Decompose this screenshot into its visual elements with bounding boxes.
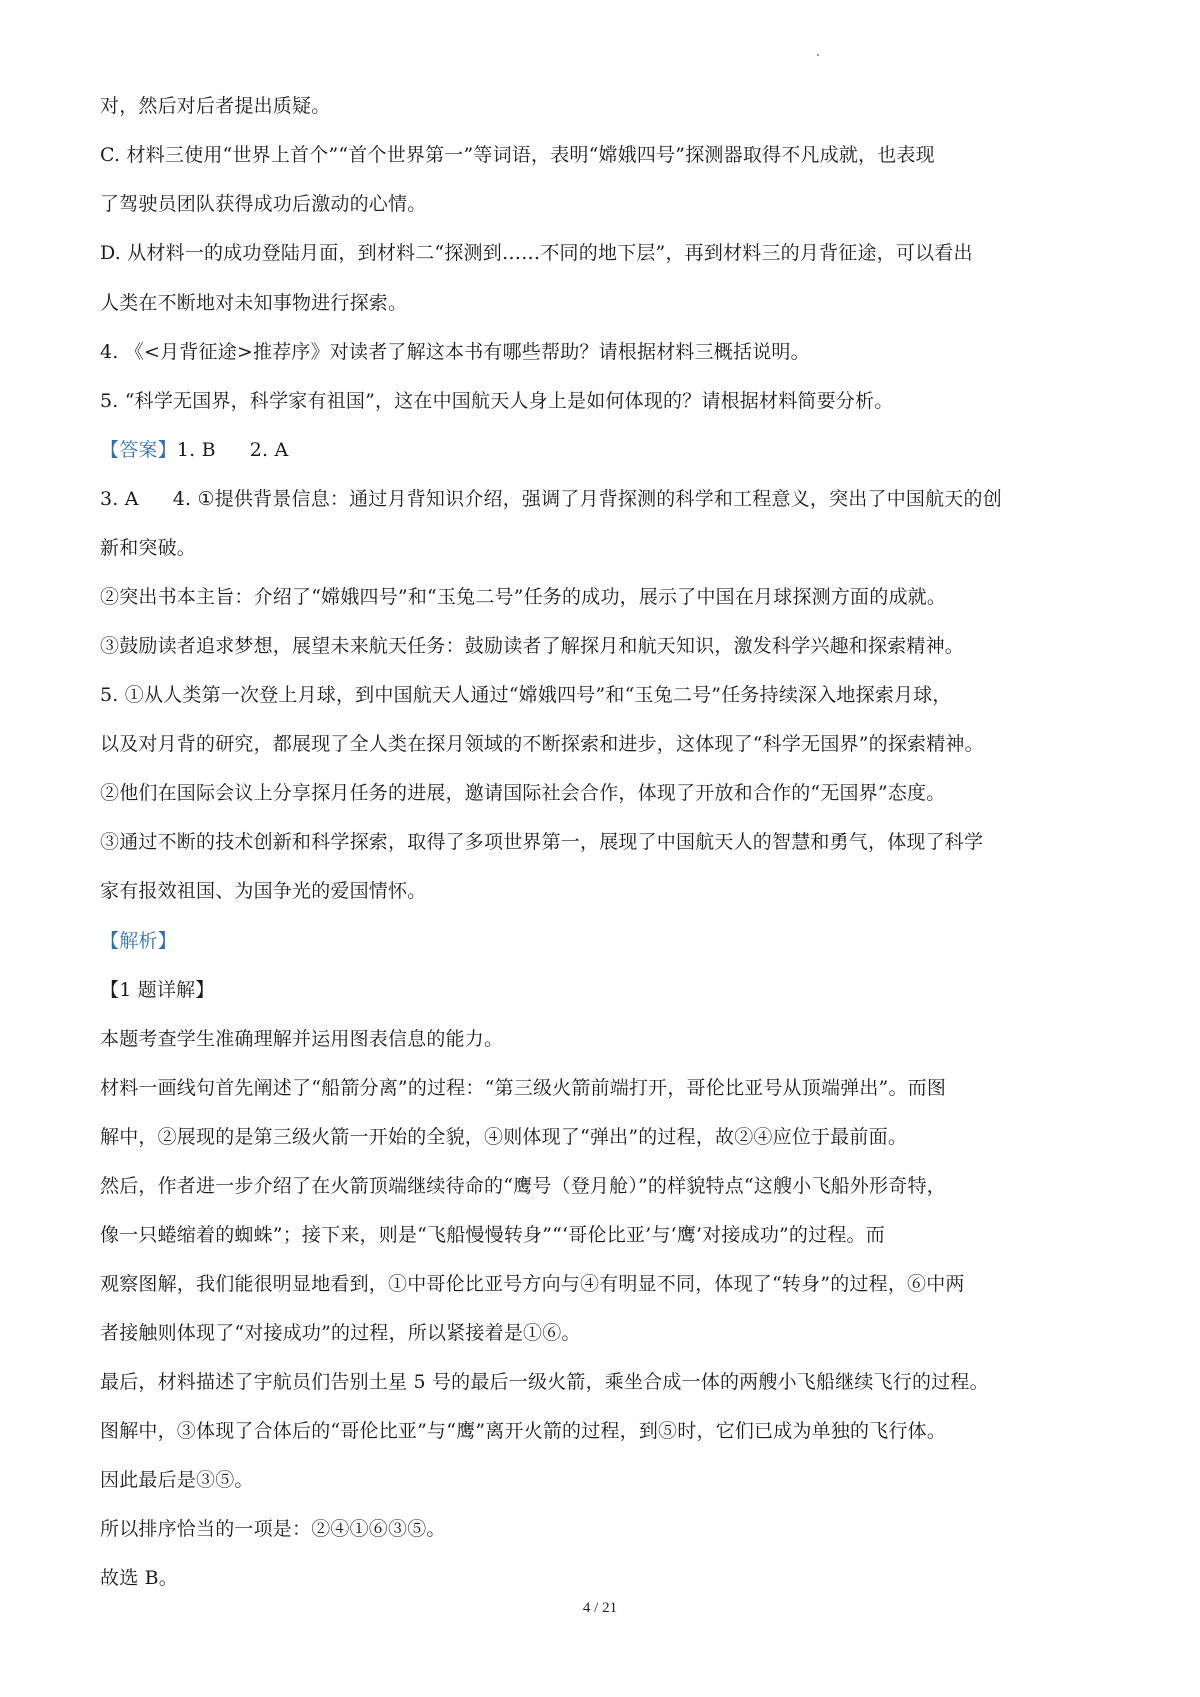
answer-q5-point-1: 5. ①从人类第一次登上月球，到中国航天人通过“嫦娥四号”和“玉兔二号”任务持续… [100, 683, 952, 707]
analysis-line: 材料一画线句首先阐述了“船箭分离”的过程：“第三级火箭前端打开，哥伦比亚号从顶端… [100, 1076, 946, 1100]
analysis-line: 像一只蜷缩着的蜘蛛”；接下来，则是“飞船慢慢转身”“‘哥伦比亚’与‘鹰’对接成功… [100, 1223, 885, 1247]
document-page: 对，然后对后者提出质疑。 C. 材料三使用“世界上首个”“首个世界第一”等词语，… [0, 0, 1200, 1697]
answer-q2: 2. A [250, 439, 289, 461]
analysis-conclusion: 故选 B。 [100, 1566, 178, 1590]
analysis-line: 解中，②展现的是第三级火箭一开始的全貌，④则体现了“弹出”的过程，故②④应位于最… [100, 1125, 907, 1149]
analysis-line: 图解中，③体现了合体后的“哥伦比亚”与“鹰”离开火箭的过程，到⑤时，它们已成为单… [100, 1419, 946, 1443]
analysis-line: 本题考查学生准确理解并运用图表信息的能力。 [100, 1027, 503, 1051]
analysis-tag: 【解析】 [100, 929, 177, 953]
answer-q4-point-2: ②突出书本主旨：介绍了“嫦娥四号”和“玉兔二号”任务的成功，展示了中国在月球探测… [100, 585, 946, 609]
analysis-line: 观察图解，我们能很明显地看到，①中哥伦比亚号方向与④有明显不同，体现了“转身”的… [100, 1272, 965, 1296]
question-5: 5. “科学无国界，科学家有祖国”，这在中国航天人身上是如何体现的？请根据材料简… [100, 389, 893, 413]
answer-q1: 1. B [177, 439, 216, 461]
analysis-line: 最后，材料描述了宇航员们告别土星 5 号的最后一级火箭，乘坐合成一体的两艘小飞船… [100, 1370, 989, 1394]
scan-artifact-dot [817, 54, 819, 56]
answer-q5-point-3-cont: 家有报效祖国、为国争光的爱国情怀。 [100, 879, 426, 903]
option-c-line-1: C. 材料三使用“世界上首个”“首个世界第一”等词语，表明“嫦娥四号”探测器取得… [100, 143, 935, 167]
answer-q5-point-1-cont: 以及对月背的研究，都展现了全人类在探月领域的不断探索和进步，这体现了“科学无国界… [100, 732, 984, 756]
option-c-line-2: 了驾驶员团队获得成功后激动的心情。 [100, 192, 426, 216]
analysis-line: 所以排序恰当的一项是：②④①⑥③⑤。 [100, 1517, 446, 1541]
option-b-continuation: 对，然后对后者提出质疑。 [100, 94, 330, 118]
answer-q4-point-1: 4. ①提供背景信息：通过月背知识介绍，强调了月背探测的科学和工程意义，突出了中… [173, 488, 1002, 510]
analysis-line: 者接触则体现了“对接成功”的过程，所以紧接着是①⑥。 [100, 1321, 581, 1345]
answer-q5-point-2: ②他们在国际会议上分享探月任务的进展，邀请国际社会合作，体现了开放和合作的“无国… [100, 781, 945, 805]
page-number: 4 / 21 [0, 1600, 1200, 1617]
answer-q4-point-3: ③鼓励读者追求梦想，展望未来航天任务：鼓励读者了解探月和航天知识，激发科学兴趣和… [100, 634, 964, 658]
answer-line-3-4: 3. A4. ①提供背景信息：通过月背知识介绍，强调了月背探测的科学和工程意义，… [100, 487, 1002, 511]
answer-q5-point-3: ③通过不断的技术创新和科学探索，取得了多项世界第一，展现了中国航天人的智慧和勇气… [100, 830, 983, 854]
analysis-line: 然后，作者进一步介绍了在火箭顶端继续待命的“鹰号（登月舱）”的样貌特点“这艘小飞… [100, 1174, 946, 1198]
answer-q3: 3. A [100, 488, 139, 510]
q1-detail-title: 【1 题详解】 [100, 978, 215, 1002]
option-d-line-1: D. 从材料一的成功登陆月面，到材料二“探测到……不同的地下层”，再到材料三的月… [100, 241, 973, 265]
answer-tag: 【答案】 [100, 439, 177, 461]
analysis-line: 因此最后是③⑤。 [100, 1468, 254, 1492]
option-d-line-2: 人类在不断地对未知事物进行探索。 [100, 291, 407, 315]
answer-q4-point-1-cont: 新和突破。 [100, 536, 196, 560]
question-4: 4. 《<月背征途>推荐序》对读者了解这本书有哪些帮助？请根据材料三概括说明。 [100, 340, 810, 364]
answer-header-line: 【答案】1. B2. A [100, 438, 288, 462]
